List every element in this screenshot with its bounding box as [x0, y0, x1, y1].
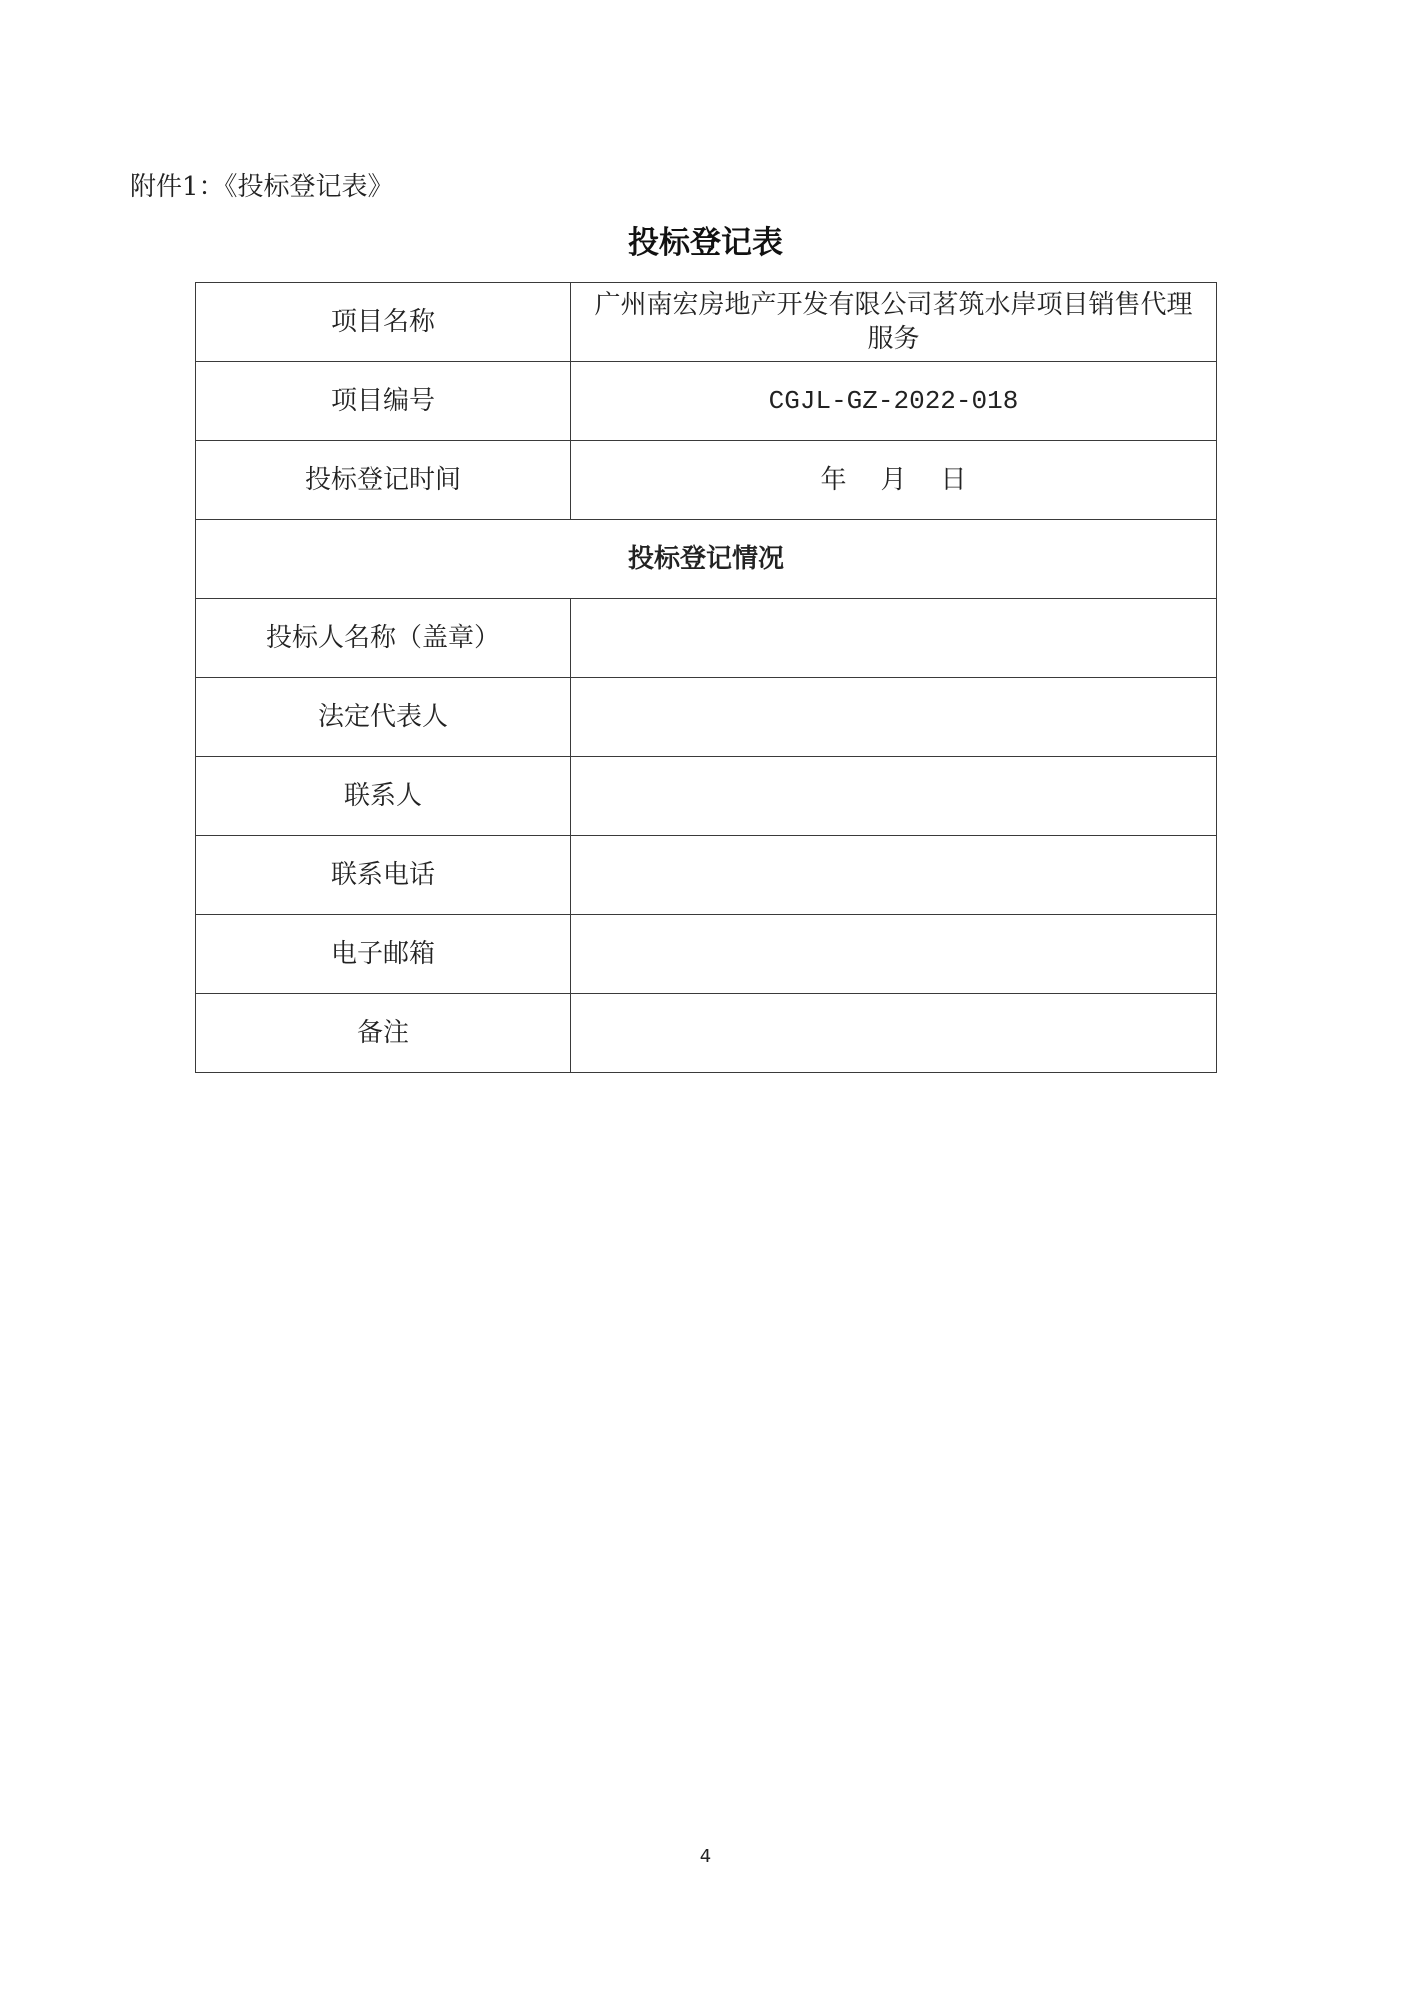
date-day-label: 日 [941, 463, 967, 497]
value-project-name: 广州南宏房地产开发有限公司茗筑水岸项目销售代理服务 [571, 283, 1217, 362]
field-contact-phone[interactable] [571, 836, 1217, 915]
section-header-registration-status: 投标登记情况 [196, 520, 1217, 599]
value-project-number: CGJL-GZ-2022-018 [571, 362, 1217, 441]
table-row-contact-phone: 联系电话 [196, 836, 1217, 915]
label-project-name: 项目名称 [196, 283, 571, 362]
value-registration-time[interactable]: 年月日 [571, 441, 1217, 520]
table-row-section-header: 投标登记情况 [196, 520, 1217, 599]
field-bidder-name[interactable] [571, 599, 1217, 678]
page-number: 4 [0, 1846, 1411, 1867]
table-row-bidder-name: 投标人名称（盖章） [196, 599, 1217, 678]
registration-table: 项目名称 广州南宏房地产开发有限公司茗筑水岸项目销售代理服务 项目编号 CGJL… [195, 282, 1217, 1073]
table-row-project-number: 项目编号 CGJL-GZ-2022-018 [196, 362, 1217, 441]
field-legal-representative[interactable] [571, 678, 1217, 757]
label-registration-time: 投标登记时间 [196, 441, 571, 520]
date-month-label: 月 [880, 463, 906, 497]
document-title: 投标登记表 [195, 222, 1216, 264]
label-project-number: 项目编号 [196, 362, 571, 441]
label-remarks: 备注 [196, 994, 571, 1073]
date-year-label: 年 [820, 463, 846, 497]
field-contact-person[interactable] [571, 757, 1217, 836]
table-row-registration-time: 投标登记时间 年月日 [196, 441, 1217, 520]
table-row-legal-representative: 法定代表人 [196, 678, 1217, 757]
label-legal-representative: 法定代表人 [196, 678, 571, 757]
label-email: 电子邮箱 [196, 915, 571, 994]
field-email[interactable] [571, 915, 1217, 994]
table-row-remarks: 备注 [196, 994, 1217, 1073]
label-contact-phone: 联系电话 [196, 836, 571, 915]
field-remarks[interactable] [571, 994, 1217, 1073]
table-row-email: 电子邮箱 [196, 915, 1217, 994]
table-row-contact-person: 联系人 [196, 757, 1217, 836]
label-contact-person: 联系人 [196, 757, 571, 836]
attachment-label: 附件1：《投标登记表》 [130, 170, 394, 204]
label-bidder-name: 投标人名称（盖章） [196, 599, 571, 678]
table-row-project-name: 项目名称 广州南宏房地产开发有限公司茗筑水岸项目销售代理服务 [196, 283, 1217, 362]
